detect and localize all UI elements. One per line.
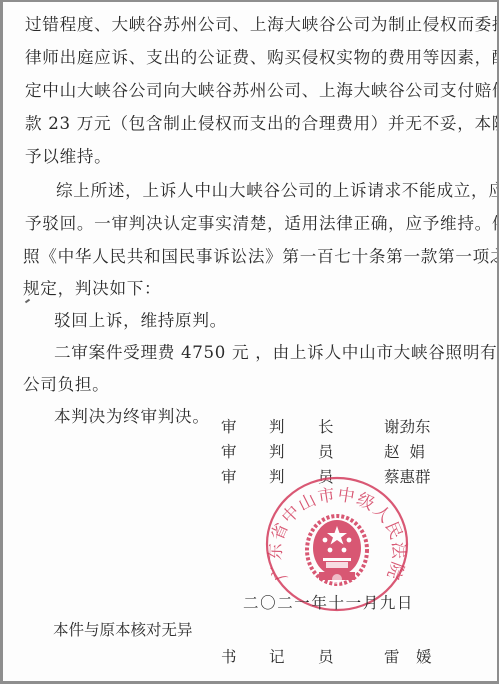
stray-ink-mark xyxy=(25,299,30,304)
body-line-9: 规定，判决如下： xyxy=(23,275,161,299)
judge-name: 赵 娟 xyxy=(384,440,425,462)
body-line-8: 照《中华人民共和国民事诉讼法》第一百七十条第一款第一项之 xyxy=(23,243,497,267)
body-line-1: 过错程度、大峡谷苏州公司、上海大峡谷公司为制止侵权而委托 xyxy=(25,11,497,35)
title-char: 判 xyxy=(269,440,285,462)
title-char: 审 xyxy=(221,465,237,487)
body-line-4: 款 23 万元（包含制止侵权而支出的合理费用）并无不妥，本院 xyxy=(25,110,497,134)
fee-line-2: 公司负担。 xyxy=(23,371,109,395)
fee-line-1: 二审案件受理费 4750 元 ，由上诉人中山市大峡谷照明有限 xyxy=(54,339,497,363)
body-line-3: 定中山大峡谷公司向大峡谷苏州公司、上海大峡谷公司支付赔偿 xyxy=(25,77,497,101)
title-char: 审 xyxy=(221,440,237,462)
judge-name: 谢劲东 xyxy=(384,415,431,437)
final-judgment-line: 本判决为终审判决。 xyxy=(54,403,210,427)
judgment-document-page: 过错程度、大峡谷苏州公司、上海大峡谷公司为制止侵权而委托 律师出庭应诉、支出的公… xyxy=(3,2,497,681)
copy-verification-note: 本件与原本核对无异 xyxy=(53,618,193,640)
body-line-2: 律师出庭应诉、支出的公证费、购买侵权实物的费用等因素，酌 xyxy=(25,44,497,68)
title-char: 判 xyxy=(269,415,285,437)
body-line-5: 予以维持。 xyxy=(25,143,111,167)
body-line-7: 予驳回。一审判决认定事实清楚，适用法律正确，应予维持。依 xyxy=(25,210,497,234)
title-char: 员 xyxy=(318,440,334,462)
national-emblem-icon xyxy=(307,516,367,584)
clerk-name-char: 媛 xyxy=(416,645,432,667)
title-char: 长 xyxy=(318,415,334,437)
title-char: 员 xyxy=(318,645,334,667)
body-line-6: 综上所述，上诉人中山大峡谷公司的上诉请求不能成立，应 xyxy=(56,177,497,201)
title-char: 书 xyxy=(221,645,237,667)
judgment-date: 二〇二一年十一月九日 xyxy=(243,591,414,613)
ruling-line: 驳回上诉，维持原判。 xyxy=(54,307,227,331)
title-char: 记 xyxy=(269,645,285,667)
title-char: 审 xyxy=(221,415,237,437)
clerk-name-char: 雷 xyxy=(384,645,400,667)
